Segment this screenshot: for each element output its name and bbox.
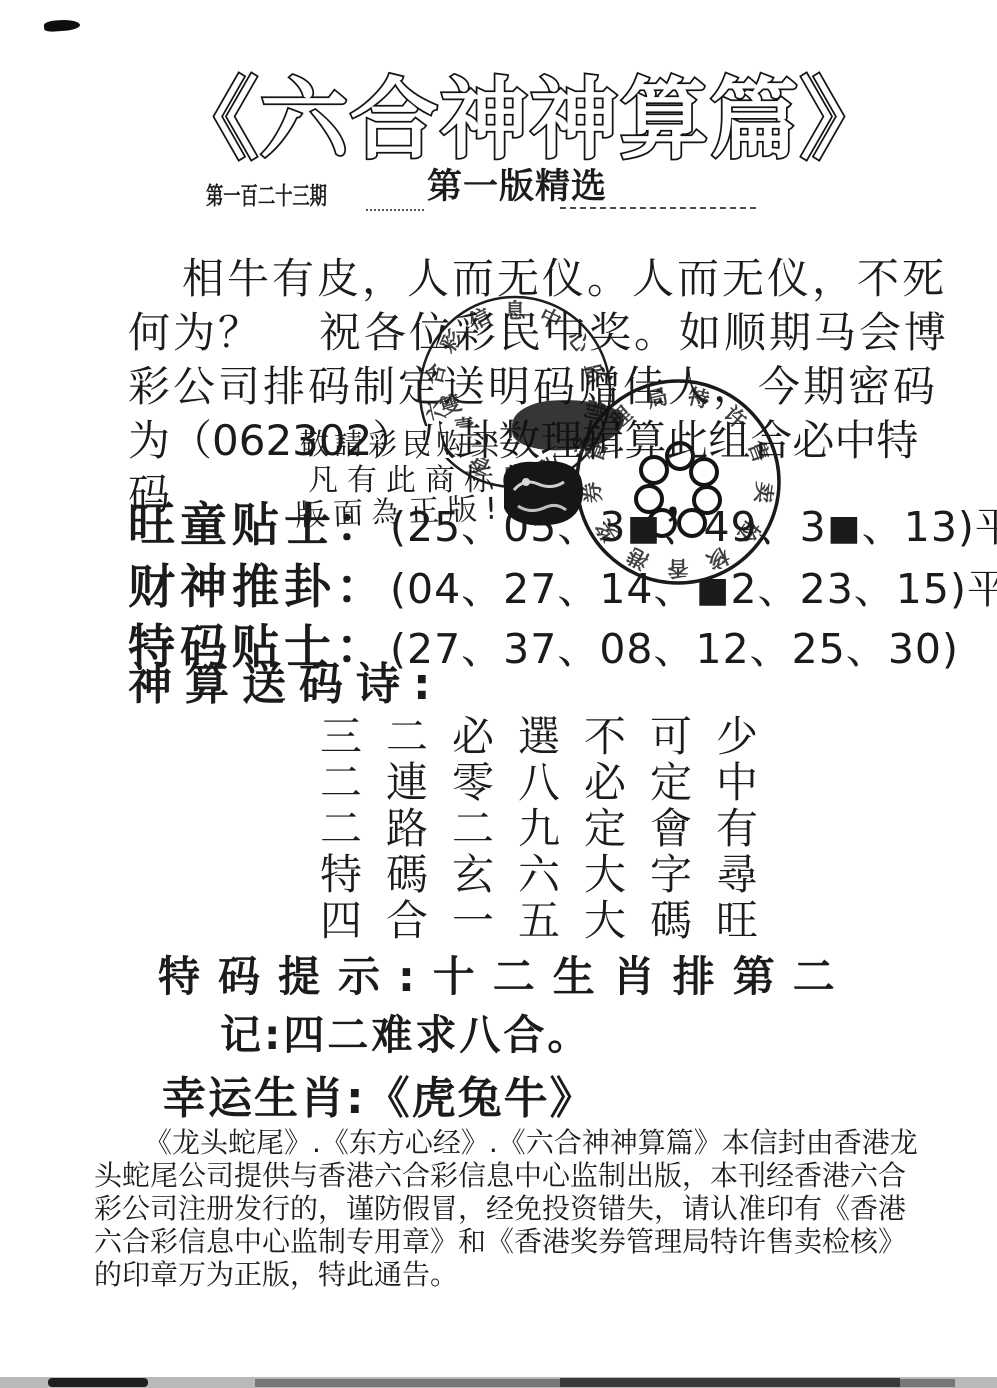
intro-line-1: 相牛有皮，人而无仪。人而无仪，不死 <box>182 246 947 306</box>
dotted-underline <box>366 209 424 211</box>
tip-label: 旺童贴士： <box>128 488 388 555</box>
footer-line-2: 头蛇尾公司提供与香港六合彩信息中心监制出版，本刊经香港六合 <box>94 1159 918 1192</box>
page-title: 《六合神神算篇》 <box>170 50 890 176</box>
footer-line-1: 《龙头蛇尾》.《东方心经》.《六合神神算篇》本信封由香港龙 <box>94 1126 918 1159</box>
tip-numbers: (04、27、14、◼2、23、15) <box>390 556 967 615</box>
tip-extra: 平码30 <box>967 556 997 615</box>
tip-row-caishen: 财神推卦： (04、27、14、◼2、23、15) 平码30 <box>128 550 957 617</box>
intro-line-2: 何为？祝各位彩民中奖。如顺期马会博 <box>128 300 949 360</box>
tip-numbers: (27、37、08、12、25、30) <box>390 616 959 675</box>
dashed-underline <box>560 207 756 209</box>
footer-line-5: 的印章万为正版，特此通告。 <box>94 1258 918 1291</box>
tip-label: 财神推卦： <box>128 550 388 617</box>
special-code-hint: 特码提示:十二生肖排第二 <box>158 944 853 1004</box>
footer-line-4: 六合彩信息中心监制专用章》和《香港奖券管理局特许售卖检核》 <box>94 1225 918 1258</box>
tip-numbers: (25、05、3◼、49、3◼、13) <box>390 494 975 553</box>
issue-number: 第一百二十三期 <box>206 176 327 211</box>
ink-smear-mark <box>44 19 81 32</box>
poem-title: 神算送码诗: <box>128 648 444 712</box>
footer-line-3: 彩公司注册发行的，谨防假冒，经免投资错失，请认准印有《香港 <box>94 1192 918 1225</box>
edition-label: 第一版精选 <box>427 159 607 209</box>
scanned-lottery-leaflet: 《六合神神算篇》 第一百二十三期 第一版精选 香港六合彩信息中心监制专用章 香港… <box>0 0 997 1388</box>
trademark-logo-blob <box>496 456 588 528</box>
publisher-notice: 《龙头蛇尾》.《东方心经》.《六合神神算篇》本信封由香港龙 头蛇尾公司提供与香港… <box>94 1126 918 1291</box>
remember-hint: 记:四二难求八合。 <box>220 1002 591 1061</box>
intro-line-2-rest: 祝各位彩民中奖。如顺期马会博 <box>319 308 949 357</box>
tip-extra: 平44 <box>975 494 997 553</box>
poem-line-5: 四合一五大碼旺 <box>320 888 782 948</box>
lucky-zodiac: 幸运生肖:《虎兔牛》 <box>162 1062 596 1126</box>
scan-edge-darker-segment <box>560 1378 900 1387</box>
scan-edge-dark-segment <box>48 1378 148 1387</box>
intro-line-2-head: 何为？ <box>128 308 263 357</box>
